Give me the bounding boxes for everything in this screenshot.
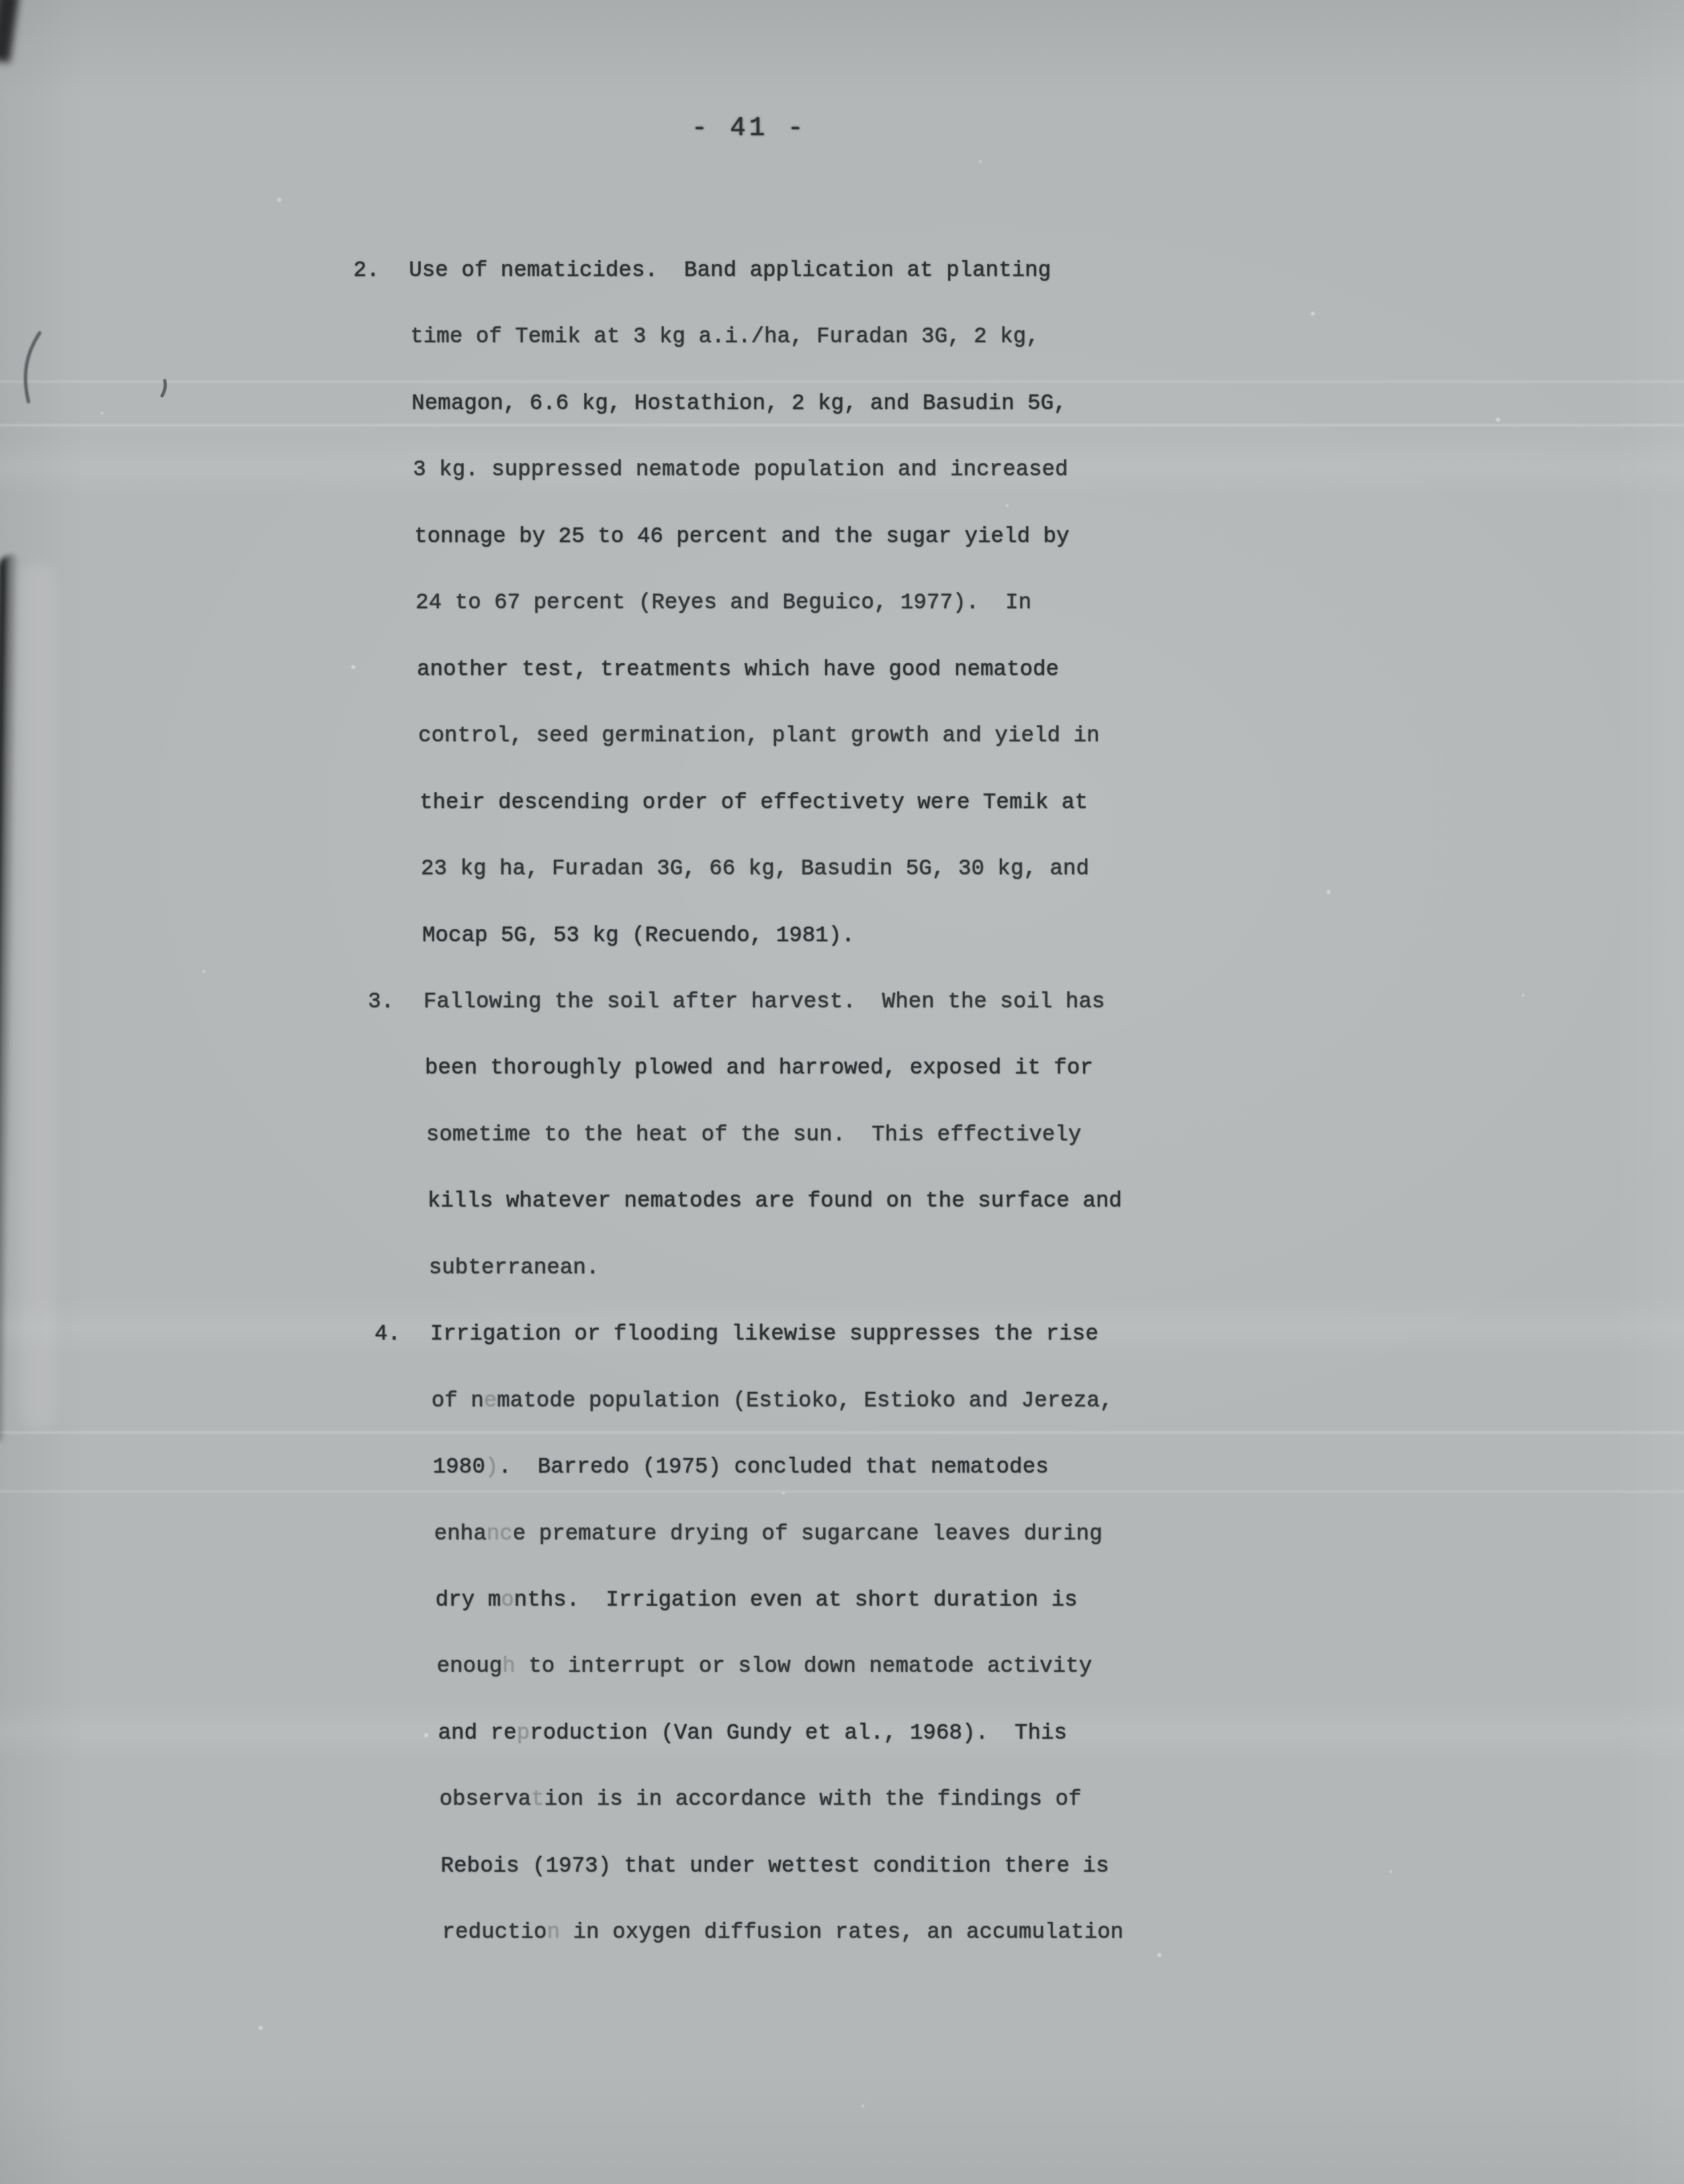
text-line-body: 24 to 67 percent (Reyes and Beguico, 197… <box>416 588 1032 618</box>
list-item-number: 4. <box>375 1319 401 1349</box>
list-item-number: 2. <box>353 255 380 286</box>
text-line-body: control, seed germination, plant growth … <box>418 721 1100 751</box>
faded-character: p <box>517 1721 530 1745</box>
text-segment: 23 kg ha, Furadan 3G, 66 kg, Basudin 5G,… <box>421 856 1089 881</box>
text-segment: time of Temik at 3 kg a.i./ha, Furadan 3… <box>410 324 1040 349</box>
text-line-body: Rebois (1973) that under wettest conditi… <box>441 1851 1109 1882</box>
text-segment: Rebois (1973) that under wettest conditi… <box>441 1854 1109 1878</box>
text-line: 4.Irrigation or flooding likewise suppre… <box>0 1319 1684 1349</box>
text-segment: in oxygen diffusion rates, an accumulati… <box>560 1920 1124 1944</box>
text-line-body: 23 kg ha, Furadan 3G, 66 kg, Basudin 5G,… <box>421 854 1089 884</box>
text-line: enough to interrupt or slow down nematod… <box>0 1651 1684 1682</box>
text-line-body: Nemagon, 6.6 kg, Hostathion, 2 kg, and B… <box>412 388 1067 419</box>
text-line-body: been thoroughly plowed and harrowed, exp… <box>425 1053 1093 1083</box>
text-segment: of n <box>431 1388 484 1413</box>
faded-character: n <box>547 1920 560 1944</box>
text-line: enhance premature drying of sugarcane le… <box>0 1519 1684 1549</box>
text-line: sometime to the heat of the sun. This ef… <box>0 1120 1684 1150</box>
text-line-body: observation is in accordance with the fi… <box>439 1784 1081 1815</box>
text-segment: another test, treatments which have good… <box>417 657 1059 682</box>
text-segment: matode population (Estioko, Estioko and … <box>497 1388 1113 1413</box>
text-segment: been thoroughly plowed and harrowed, exp… <box>425 1056 1093 1080</box>
text-segment: to interrupt or slow down nematode activ… <box>515 1654 1092 1678</box>
scanned-document-page: - 41 - 2.Use of nematicides. Band applic… <box>0 0 1684 2184</box>
text-line: control, seed germination, plant growth … <box>0 721 1684 751</box>
text-line-body: 1980). Barredo (1975) concluded that nem… <box>433 1452 1049 1482</box>
text-line-body: Mocap 5G, 53 kg (Recuendo, 1981). <box>422 921 855 951</box>
text-line: 3.Fallowing the soil after harvest. When… <box>0 987 1684 1017</box>
text-line-body: time of Temik at 3 kg a.i./ha, Furadan 3… <box>410 322 1040 352</box>
text-line: 1980). Barredo (1975) concluded that nem… <box>0 1452 1684 1482</box>
text-line: time of Temik at 3 kg a.i./ha, Furadan 3… <box>0 322 1684 352</box>
text-line-body: another test, treatments which have good… <box>417 655 1059 685</box>
text-line-body: kills whatever nematodes are found on th… <box>427 1186 1122 1216</box>
text-line: their descending order of effectivety we… <box>0 788 1684 818</box>
text-line: kills whatever nematodes are found on th… <box>0 1186 1684 1216</box>
text-line-body: subterranean. <box>429 1253 599 1283</box>
text-segment: Fallowing the soil after harvest. When t… <box>423 989 1105 1014</box>
text-segment: dry m <box>435 1588 501 1612</box>
text-line-body: enough to interrupt or slow down nematod… <box>437 1651 1092 1682</box>
text-line-body: of nematode population (Estioko, Estioko… <box>431 1386 1113 1416</box>
text-segment: nths. Irrigation even at short duration … <box>514 1588 1078 1612</box>
text-line-body: tonnage by 25 to 46 percent and the suga… <box>414 522 1069 552</box>
text-segment: and re <box>438 1721 517 1745</box>
text-line: Mocap 5G, 53 kg (Recuendo, 1981). <box>0 921 1684 951</box>
text-line-body: sometime to the heat of the sun. This ef… <box>426 1120 1081 1150</box>
text-line: subterranean. <box>0 1253 1684 1283</box>
text-line-body: dry months. Irrigation even at short dur… <box>435 1585 1077 1615</box>
text-segment: tonnage by 25 to 46 percent and the suga… <box>414 524 1069 549</box>
faded-character: h <box>502 1654 515 1678</box>
text-segment: kills whatever nematodes are found on th… <box>427 1189 1122 1213</box>
text-segment: 3 kg. suppressed nematode population and… <box>413 457 1068 482</box>
faded-character: t <box>531 1787 545 1811</box>
text-segment: sometime to the heat of the sun. This ef… <box>426 1122 1081 1147</box>
text-segment: reductio <box>442 1920 547 1944</box>
text-segment: observa <box>439 1787 531 1811</box>
text-segment: control, seed germination, plant growth … <box>418 723 1100 748</box>
text-line-body: their descending order of effectivety we… <box>420 788 1088 818</box>
text-line-body: reduction in oxygen diffusion rates, an … <box>442 1917 1124 1948</box>
text-segment: Use of nematicides. Band application at … <box>409 258 1051 283</box>
text-line: Nemagon, 6.6 kg, Hostathion, 2 kg, and B… <box>0 388 1684 419</box>
text-line-body: enhance premature drying of sugarcane le… <box>434 1519 1102 1549</box>
text-line: of nematode population (Estioko, Estioko… <box>0 1386 1684 1416</box>
text-segment: ion is in accordance with the findings o… <box>544 1787 1081 1811</box>
text-segment: Irrigation or flooding likewise suppress… <box>430 1322 1098 1346</box>
text-segment: Mocap 5G, 53 kg (Recuendo, 1981). <box>422 923 855 948</box>
text-line: been thoroughly plowed and harrowed, exp… <box>0 1053 1684 1083</box>
faded-character: ) <box>485 1455 498 1479</box>
text-segment: subterranean. <box>429 1255 599 1280</box>
text-segment: enoug <box>437 1654 502 1678</box>
text-line: 3 kg. suppressed nematode population and… <box>0 455 1684 485</box>
text-line: 24 to 67 percent (Reyes and Beguico, 197… <box>0 588 1684 618</box>
text-segment: Nemagon, 6.6 kg, Hostathion, 2 kg, and B… <box>412 391 1067 416</box>
text-line: another test, treatments which have good… <box>0 655 1684 685</box>
text-line: 23 kg ha, Furadan 3G, 66 kg, Basudin 5G,… <box>0 854 1684 884</box>
text-line-body: Irrigation or flooding likewise suppress… <box>430 1319 1098 1349</box>
text-line-body: and reproduction (Van Gundy et al., 1968… <box>438 1718 1067 1749</box>
text-segment: 1980 <box>433 1455 485 1479</box>
text-line-body: Use of nematicides. Band application at … <box>409 255 1051 286</box>
text-segment: . Barredo (1975) concluded that nematode… <box>498 1455 1049 1479</box>
text-segment: roduction (Van Gundy et al., 1968). This <box>530 1721 1067 1745</box>
text-segment: 24 to 67 percent (Reyes and Beguico, 197… <box>416 590 1032 615</box>
text-line: Rebois (1973) that under wettest conditi… <box>0 1851 1684 1882</box>
text-segment: e premature drying of sugarcane leaves d… <box>513 1522 1102 1546</box>
text-line: reduction in oxygen diffusion rates, an … <box>0 1917 1684 1948</box>
text-line: dry months. Irrigation even at short dur… <box>0 1585 1684 1615</box>
text-segment: their descending order of effectivety we… <box>420 790 1088 815</box>
text-line: and reproduction (Van Gundy et al., 1968… <box>0 1718 1684 1749</box>
text-line-body: 3 kg. suppressed nematode population and… <box>413 455 1068 485</box>
faded-character: nc <box>486 1522 513 1546</box>
faded-character: o <box>501 1588 514 1612</box>
text-line-body: Fallowing the soil after harvest. When t… <box>423 987 1105 1017</box>
text-line: observation is in accordance with the fi… <box>0 1784 1684 1815</box>
text-segment: enha <box>434 1522 486 1546</box>
text-line: tonnage by 25 to 46 percent and the suga… <box>0 522 1684 552</box>
list-item-number: 3. <box>368 987 394 1017</box>
typewritten-text-block: 2.Use of nematicides. Band application a… <box>0 0 1684 2184</box>
faded-character: e <box>484 1388 497 1413</box>
text-line: 2.Use of nematicides. Band application a… <box>0 255 1684 286</box>
